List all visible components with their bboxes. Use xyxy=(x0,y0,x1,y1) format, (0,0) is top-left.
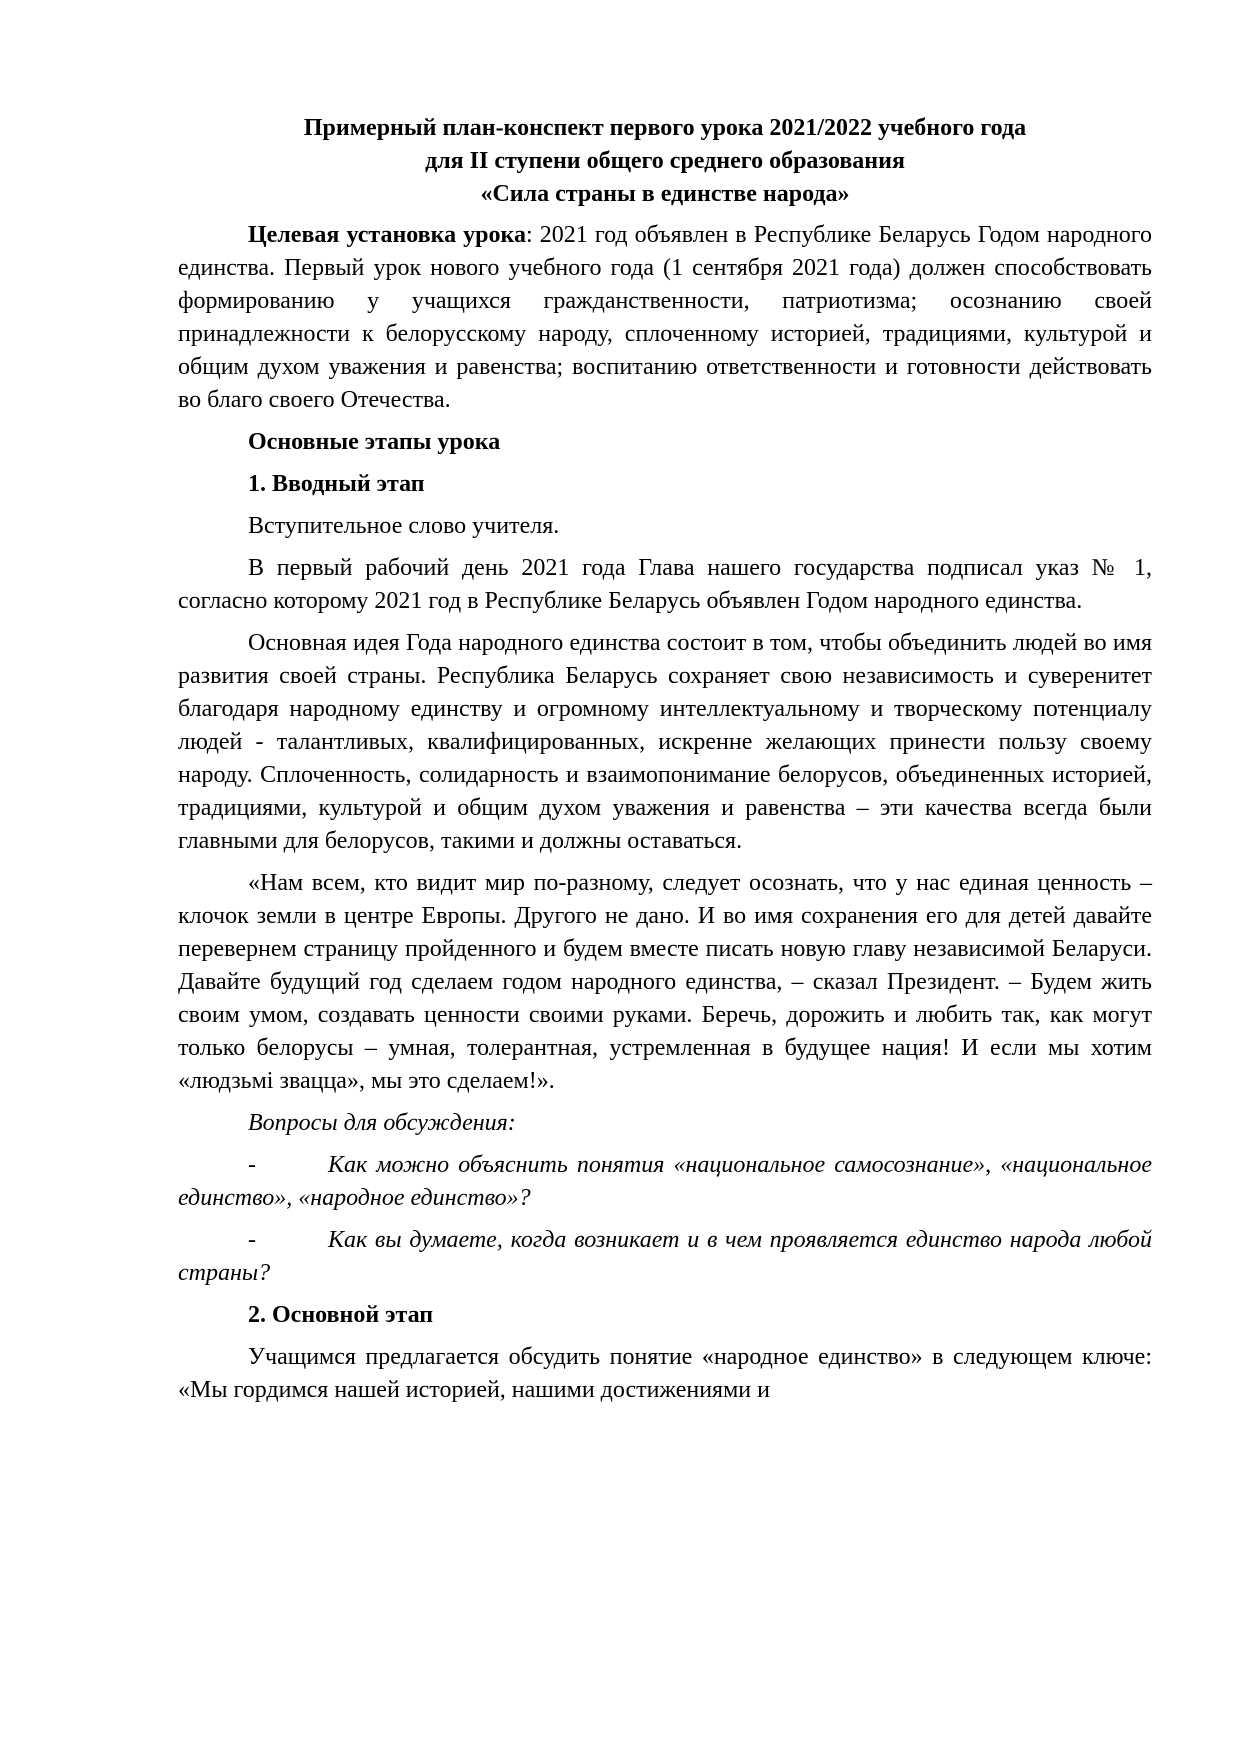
question-item-2-marker: - xyxy=(248,1227,256,1253)
paragraph-decree: В первый рабочий день 2021 года Глава на… xyxy=(178,552,1152,618)
paragraph-main-stage-intro: Учащимся предлагается обсудить понятие «… xyxy=(178,1341,1152,1407)
question-item-2: -Как вы думаете, когда возникает и в чем… xyxy=(178,1224,1152,1290)
document-title-line-3: «Сила страны в единстве народа» xyxy=(178,178,1152,211)
heading-stages: Основные этапы урока xyxy=(178,426,1152,459)
document-title-line-1: Примерный план-конспект первого урока 20… xyxy=(178,112,1152,145)
document-title-line-2: для II ступени общего среднего образован… xyxy=(178,145,1152,178)
paragraph-teacher-word: Вступительное слово учителя. xyxy=(178,510,1152,543)
question-item-1-text: Как можно объяснить понятия «национально… xyxy=(178,1152,1152,1211)
paragraph-president-quote: «Нам всем, кто видит мир по-разному, сле… xyxy=(178,867,1152,1098)
document-page: Примерный план-конспект первого урока 20… xyxy=(0,0,1241,1753)
heading-questions: Вопросы для обсуждения: xyxy=(178,1107,1152,1140)
question-item-2-text: Как вы думаете, когда возникает и в чем … xyxy=(178,1227,1152,1286)
paragraph-goal: Целевая установка урока: 2021 год объявл… xyxy=(178,219,1152,417)
document-content: Примерный план-конспект первого урока 20… xyxy=(178,112,1152,1416)
question-item-1: -Как можно объяснить понятия «национальн… xyxy=(178,1149,1152,1215)
heading-stage-1: 1. Вводный этап xyxy=(178,468,1152,501)
document-title: Примерный план-конспект первого урока 20… xyxy=(178,112,1152,211)
paragraph-main-idea: Основная идея Года народного единства со… xyxy=(178,627,1152,858)
paragraph-goal-lead: Целевая установка урока xyxy=(248,222,526,248)
heading-stage-2: 2. Основной этап xyxy=(178,1299,1152,1332)
question-item-1-marker: - xyxy=(248,1152,256,1178)
paragraph-goal-text: : 2021 год объявлен в Республике Беларус… xyxy=(178,222,1152,413)
